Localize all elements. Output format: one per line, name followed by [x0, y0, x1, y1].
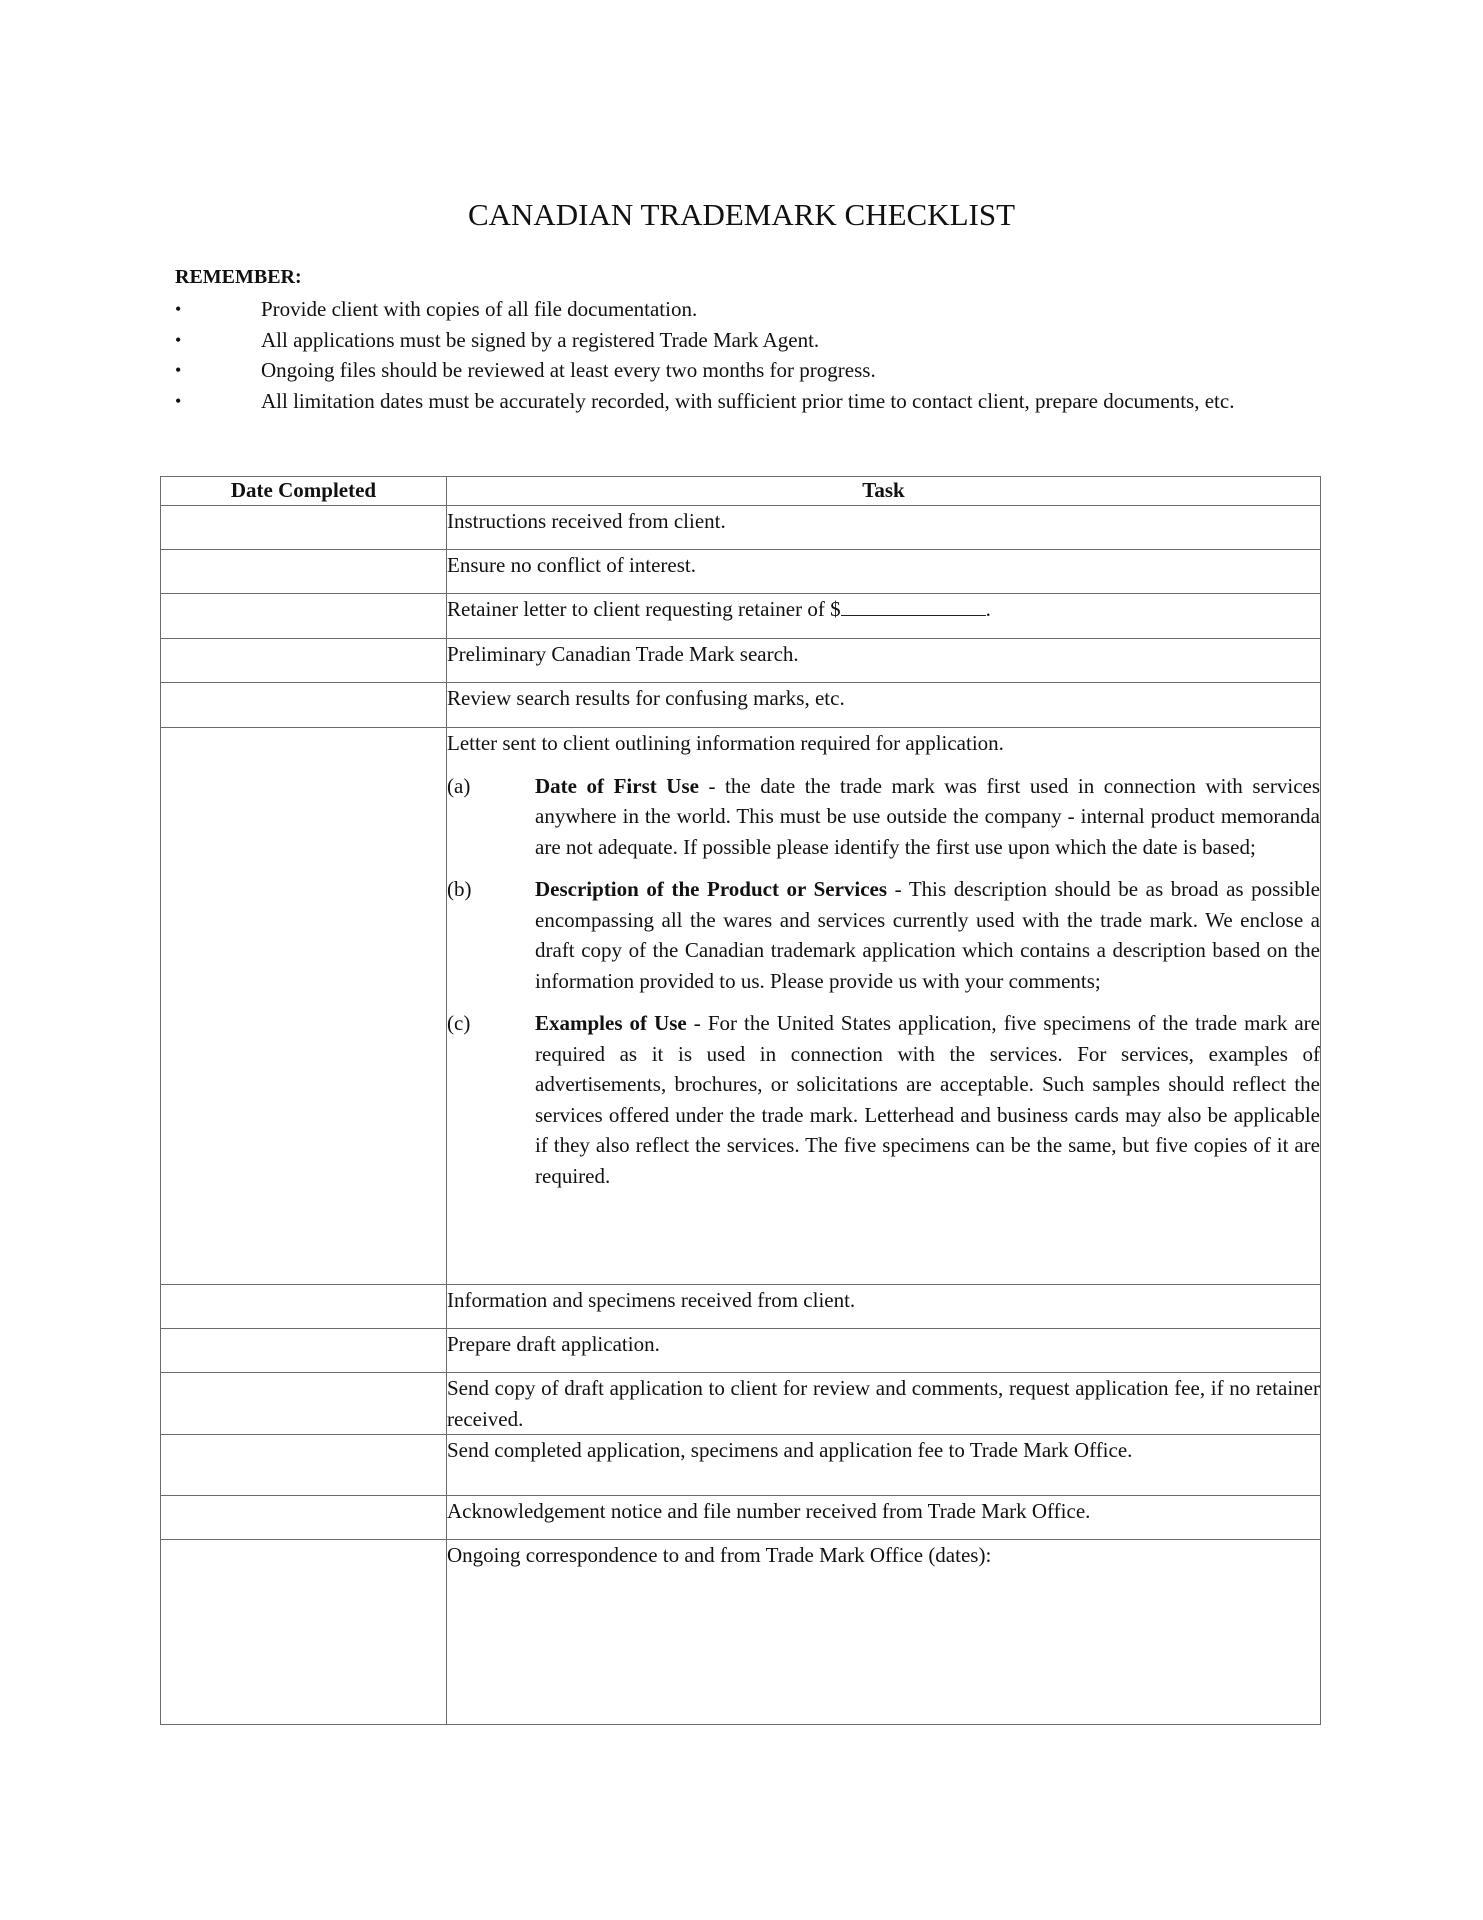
task-cell: Information and specimens received from … — [447, 1285, 1321, 1329]
table-row: Ongoing correspondence to and from Trade… — [161, 1540, 1321, 1725]
task-text-suffix: . — [986, 597, 991, 621]
reminder-text: Ongoing files should be reviewed at leas… — [261, 358, 876, 382]
task-cell: Ensure no conflict of interest. — [447, 550, 1321, 594]
date-completed-cell[interactable] — [161, 683, 447, 728]
task-cell: Send completed application, specimens an… — [447, 1435, 1321, 1496]
task-cell: Retainer letter to client requesting ret… — [447, 594, 1321, 639]
sub-item-label: (b) — [447, 874, 535, 996]
task-text: Letter sent to client outlining informat… — [447, 728, 1320, 759]
task-cell: Acknowledgement notice and file number r… — [447, 1496, 1321, 1540]
sub-item-body: - For the United States application, fiv… — [535, 1011, 1320, 1188]
table-row: Ensure no conflict of interest. — [161, 550, 1321, 594]
document-title: CANADIAN TRADEMARK CHECKLIST — [0, 197, 1483, 233]
sub-item-text: Examples of Use - For the United States … — [535, 1008, 1320, 1191]
date-completed-cell[interactable] — [161, 1540, 447, 1725]
retainer-amount-blank[interactable] — [841, 597, 986, 616]
date-completed-cell[interactable] — [161, 1435, 447, 1496]
table-row: Review search results for confusing mark… — [161, 683, 1321, 728]
sub-item-description: (b) Description of the Product or Servic… — [447, 874, 1320, 996]
date-completed-cell[interactable] — [161, 728, 447, 1285]
task-cell: Letter sent to client outlining informat… — [447, 728, 1321, 1285]
task-cell: Prepare draft application. — [447, 1329, 1321, 1373]
sub-item-heading: Description of the Product or Services — [535, 877, 887, 901]
sub-item-heading: Examples of Use — [535, 1011, 687, 1035]
reminder-item: •Provide client with copies of all file … — [175, 294, 1310, 325]
table-row: Letter sent to client outlining informat… — [161, 728, 1321, 1285]
sub-item-heading: Date of First Use — [535, 774, 699, 798]
sub-item-date-of-first-use: (a) Date of First Use - the date the tra… — [447, 771, 1320, 863]
sub-item-text: Description of the Product or Services -… — [535, 874, 1320, 996]
task-cell: Review search results for confusing mark… — [447, 683, 1321, 728]
sub-item-label: (a) — [447, 771, 535, 863]
date-completed-cell[interactable] — [161, 1373, 447, 1435]
table-row: Send completed application, specimens an… — [161, 1435, 1321, 1496]
sub-item-examples-of-use: (c) Examples of Use - For the United Sta… — [447, 1008, 1320, 1191]
reminder-item: •All applications must be signed by a re… — [175, 325, 1310, 356]
sub-item-text: Date of First Use - the date the trade m… — [535, 771, 1320, 863]
column-header-date-completed: Date Completed — [161, 477, 447, 506]
reminder-text: All applications must be signed by a reg… — [261, 328, 819, 352]
date-completed-cell[interactable] — [161, 594, 447, 639]
table-header-row: Date Completed Task — [161, 477, 1321, 506]
reminder-text: Provide client with copies of all file d… — [261, 297, 697, 321]
table-row: Prepare draft application. — [161, 1329, 1321, 1373]
date-completed-cell[interactable] — [161, 1496, 447, 1540]
reminder-item: •Ongoing files should be reviewed at lea… — [175, 355, 1310, 386]
bullet-icon: • — [175, 386, 195, 417]
task-cell: Send copy of draft application to client… — [447, 1373, 1321, 1435]
task-text: Retainer letter to client requesting ret… — [447, 597, 841, 621]
table-row: Retainer letter to client requesting ret… — [161, 594, 1321, 639]
table-row: Acknowledgement notice and file number r… — [161, 1496, 1321, 1540]
sub-item-label: (c) — [447, 1008, 535, 1191]
bullet-icon: • — [175, 355, 195, 386]
reminder-text: All limitation dates must be accurately … — [261, 389, 1234, 413]
bullet-icon: • — [175, 294, 195, 325]
task-cell: Instructions received from client. — [447, 506, 1321, 550]
date-completed-cell[interactable] — [161, 1285, 447, 1329]
column-header-task: Task — [447, 477, 1321, 506]
table-row: Information and specimens received from … — [161, 1285, 1321, 1329]
reminder-item: •All limitation dates must be accurately… — [175, 386, 1310, 417]
remember-heading: REMEMBER: — [175, 266, 302, 289]
date-completed-cell[interactable] — [161, 1329, 447, 1373]
table-row: Preliminary Canadian Trade Mark search. — [161, 639, 1321, 683]
date-completed-cell[interactable] — [161, 550, 447, 594]
task-cell: Preliminary Canadian Trade Mark search. — [447, 639, 1321, 683]
date-completed-cell[interactable] — [161, 639, 447, 683]
checklist-table: Date Completed Task Instructions receive… — [160, 476, 1321, 1725]
table-row: Send copy of draft application to client… — [161, 1373, 1321, 1435]
date-completed-cell[interactable] — [161, 506, 447, 550]
bullet-icon: • — [175, 325, 195, 356]
task-cell: Ongoing correspondence to and from Trade… — [447, 1540, 1321, 1725]
table-row: Instructions received from client. — [161, 506, 1321, 550]
reminder-list: •Provide client with copies of all file … — [175, 294, 1310, 416]
